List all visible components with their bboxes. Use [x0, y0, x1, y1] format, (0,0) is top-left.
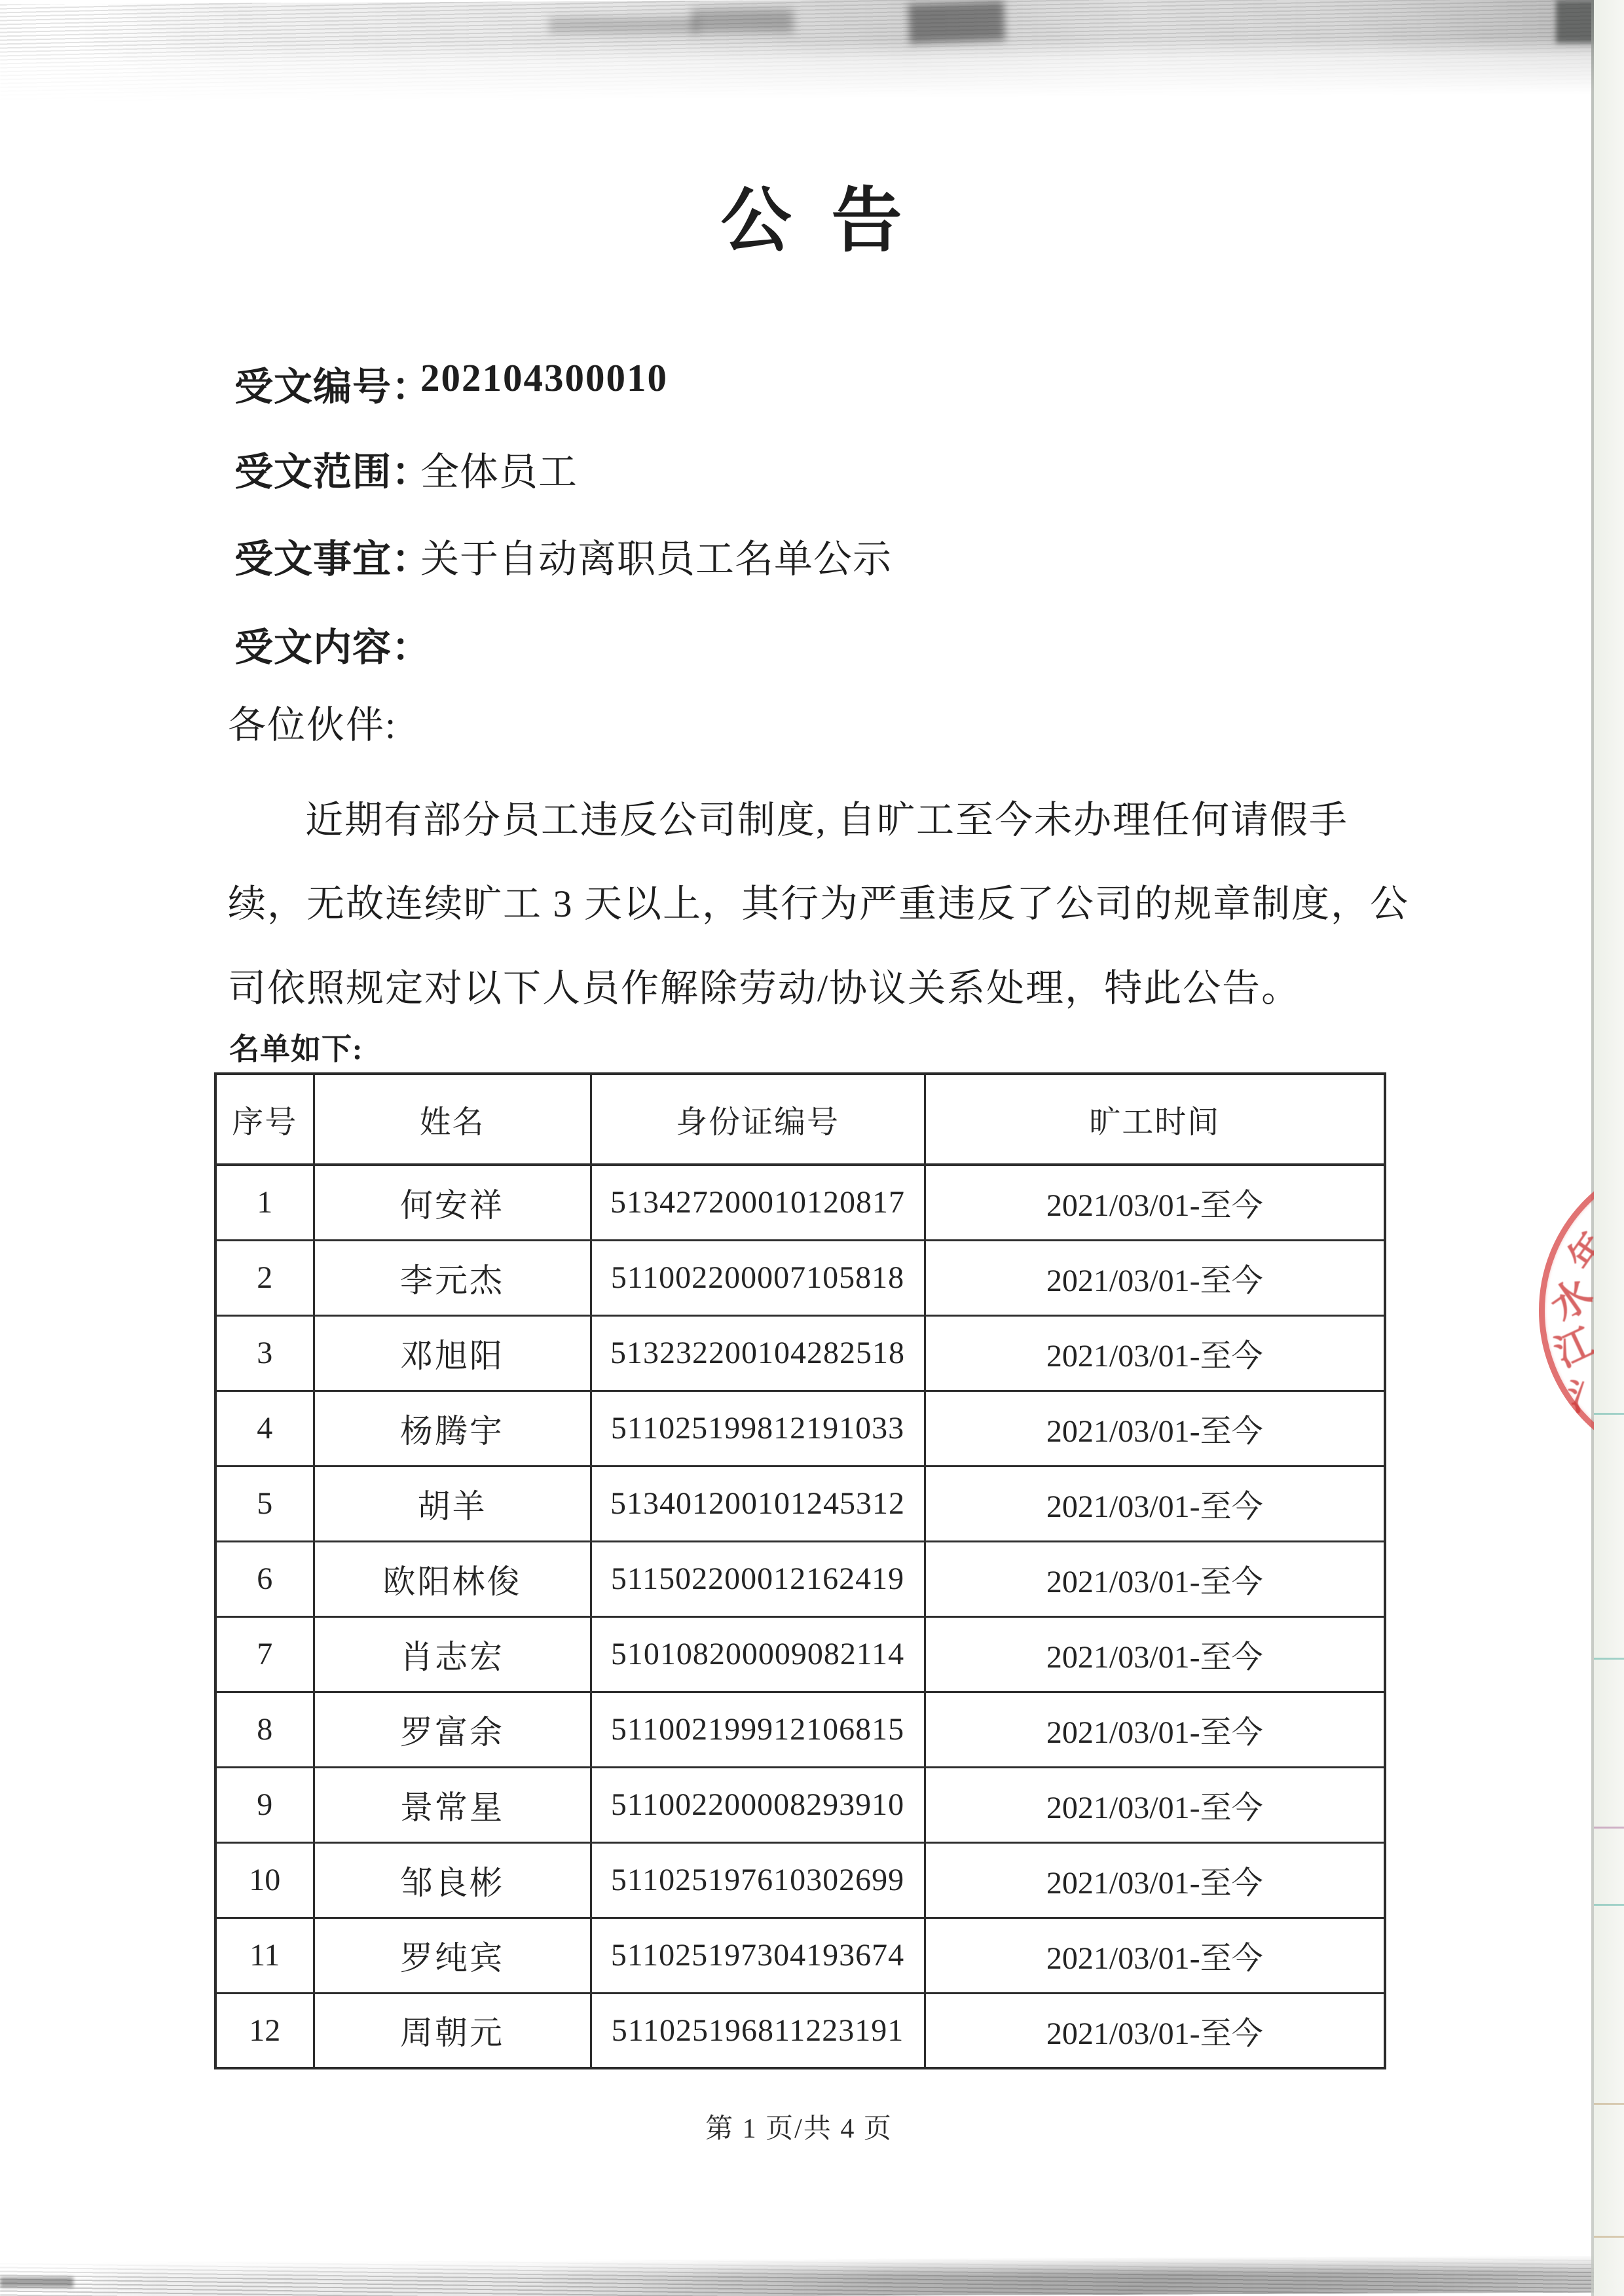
table-row: 1何安祥5134272000101208172021/03/01-至今: [215, 1165, 1385, 1240]
table-row: 8罗富余5110021999121068152021/03/01-至今: [215, 1692, 1385, 1767]
table-cell: 511002200007105818: [591, 1240, 925, 1315]
table-cell: 10: [215, 1842, 314, 1918]
scanned-announcement-page: 年 水 江 氵 公 告 受文编号： 202104300010 受文范围： 全体员…: [0, 0, 1624, 2296]
table-row: 9景常星5110022000082939102021/03/01-至今: [215, 1767, 1385, 1842]
table-cell: 2021/03/01-至今: [925, 1918, 1385, 1993]
backing-sheet-rule: [1594, 1413, 1624, 1415]
table-row: 4杨腾宇5110251998121910332021/03/01-至今: [215, 1391, 1385, 1466]
red-seal-stamp: 年 水 江 氵: [1532, 1154, 1594, 1465]
table-cell: 513427200010120817: [591, 1165, 925, 1240]
table-cell: 2021/03/01-至今: [925, 1616, 1385, 1692]
table-cell: 4: [215, 1391, 314, 1466]
table-row: 2李元杰5110022000071058182021/03/01-至今: [215, 1240, 1385, 1315]
table-cell: 511025196811223191: [591, 1993, 925, 2068]
meta-line-subject: 受文事宜： 关于自动离职员工名单公示: [234, 528, 431, 577]
backing-sheet-strip: [1594, 0, 1624, 2296]
scan-noise-bottom: [0, 2255, 1624, 2296]
absence-roster-table: 序号 姓名 身份证编号 旷工时间 1何安祥5134272000101208172…: [214, 1072, 1386, 2069]
meta-label: 受文内容：: [234, 626, 431, 669]
table-row: 11罗纯宾5110251973041936742021/03/01-至今: [215, 1918, 1385, 1993]
body-paragraph-line: 续，无故连续旷工 3 天以上，其行为严重违反了公司的规章制度，公: [228, 873, 1409, 928]
page-number-footer: 第 1 页/共 4 页: [214, 2107, 1384, 2146]
table-cell: 何安祥: [314, 1165, 591, 1240]
meta-label: 受文范围：: [234, 450, 431, 494]
header-cell-index: 序号: [215, 1074, 314, 1165]
header-cell-absence-period: 旷工时间: [925, 1074, 1385, 1165]
table-row: 6欧阳林俊5115022000121624192021/03/01-至今: [215, 1541, 1385, 1616]
table-cell: 2021/03/01-至今: [925, 1541, 1385, 1616]
scan-smudge: [549, 17, 699, 34]
table-cell: 罗富余: [314, 1692, 591, 1767]
backing-sheet-rule: [1594, 1904, 1624, 1906]
scan-smudge: [0, 2277, 73, 2287]
table-cell: 12: [215, 1993, 314, 2068]
meta-label: 受文编号：: [234, 365, 431, 409]
table-row: 3邓旭阳5132322001042825182021/03/01-至今: [215, 1315, 1385, 1391]
table-cell: 1: [215, 1165, 314, 1240]
table-cell: 6: [215, 1541, 314, 1616]
meta-line-content: 受文内容：: [234, 616, 431, 666]
table-cell: 肖志宏: [314, 1616, 591, 1692]
table-cell: 胡羊: [314, 1466, 591, 1541]
table-cell: 7: [215, 1616, 314, 1692]
table-header: 序号 姓名 身份证编号 旷工时间: [215, 1074, 1385, 1165]
header-cell-name: 姓名: [314, 1074, 591, 1165]
table-cell: 2021/03/01-至今: [925, 1391, 1385, 1466]
document-title: 公 告: [0, 164, 1624, 265]
table-cell: 511502200012162419: [591, 1541, 925, 1616]
table-cell: 2021/03/01-至今: [925, 1692, 1385, 1767]
table-cell: 2021/03/01-至今: [925, 1993, 1385, 2068]
table-cell: 2021/03/01-至今: [925, 1240, 1385, 1315]
table-cell: 513401200101245312: [591, 1466, 925, 1541]
table-cell: 510108200009082114: [591, 1616, 925, 1692]
table-cell: 5: [215, 1466, 314, 1541]
list-intro: 名单如下:: [229, 1025, 363, 1068]
body-paragraph-line: 司依照规定对以下人员作解除劳动/协议关系处理，特此公告。: [228, 957, 1301, 1012]
table-cell: 李元杰: [314, 1240, 591, 1315]
backing-sheet-rule: [1594, 1658, 1624, 1660]
table-cell: 511025197610302699: [591, 1842, 925, 1918]
meta-value: 全体员工: [420, 441, 578, 496]
table-row: 5胡羊5134012001012453122021/03/01-至今: [215, 1466, 1385, 1541]
table-cell: 8: [215, 1692, 314, 1767]
meta-label: 受文事宜：: [234, 538, 431, 581]
table-body: 1何安祥5134272000101208172021/03/01-至今2李元杰5…: [215, 1165, 1385, 2068]
table-cell: 11: [215, 1918, 314, 1993]
table-cell: 2021/03/01-至今: [925, 1165, 1385, 1240]
table-cell: 2021/03/01-至今: [925, 1767, 1385, 1842]
table-cell: 邹良彬: [314, 1842, 591, 1918]
scan-noise-top: [0, 0, 1624, 102]
table-row: 10邹良彬5110251976103026992021/03/01-至今: [215, 1842, 1385, 1918]
table-cell: 513232200104282518: [591, 1315, 925, 1391]
table-cell: 2021/03/01-至今: [925, 1315, 1385, 1391]
meta-value: 202104300010: [420, 355, 668, 401]
table-cell: 2: [215, 1240, 314, 1315]
table-header-row: 序号 姓名 身份证编号 旷工时间: [215, 1074, 1385, 1165]
meta-line-doc-number: 受文编号： 202104300010: [234, 355, 431, 405]
seal-character: 氵: [1566, 1374, 1594, 1417]
table-cell: 景常星: [314, 1767, 591, 1842]
table-cell: 3: [215, 1315, 314, 1391]
backing-sheet-rule: [1594, 2236, 1624, 2238]
table-cell: 511002199912106815: [591, 1692, 925, 1767]
table-cell: 511025197304193674: [591, 1918, 925, 1993]
table-cell: 周朝元: [314, 1993, 591, 2068]
meta-value: 关于自动离职员工名单公示: [420, 528, 892, 583]
salutation: 各位伙伴:: [228, 694, 397, 749]
body-paragraph-line: 近期有部分员工违反公司制度, 自旷工至今未办理任何请假手: [305, 789, 1348, 844]
table-cell: 欧阳林俊: [314, 1541, 591, 1616]
table-row: 7肖志宏5101082000090821142021/03/01-至今: [215, 1616, 1385, 1692]
table-cell: 罗纯宾: [314, 1918, 591, 1993]
table-cell: 511002200008293910: [591, 1767, 925, 1842]
scan-smudge: [908, 1, 1005, 43]
table-cell: 511025199812191033: [591, 1391, 925, 1466]
table-row: 12周朝元5110251968112231912021/03/01-至今: [215, 1993, 1385, 2068]
backing-sheet-rule: [1594, 1827, 1624, 1829]
backing-sheet-rule: [1594, 2103, 1624, 2105]
header-cell-id-number: 身份证编号: [591, 1074, 925, 1165]
table-cell: 杨腾宇: [314, 1391, 591, 1466]
table-cell: 9: [215, 1767, 314, 1842]
scan-smudge: [692, 9, 794, 33]
table-cell: 2021/03/01-至今: [925, 1842, 1385, 1918]
table-cell: 2021/03/01-至今: [925, 1466, 1385, 1541]
meta-line-scope: 受文范围： 全体员工: [234, 441, 431, 490]
table-cell: 邓旭阳: [314, 1315, 591, 1391]
